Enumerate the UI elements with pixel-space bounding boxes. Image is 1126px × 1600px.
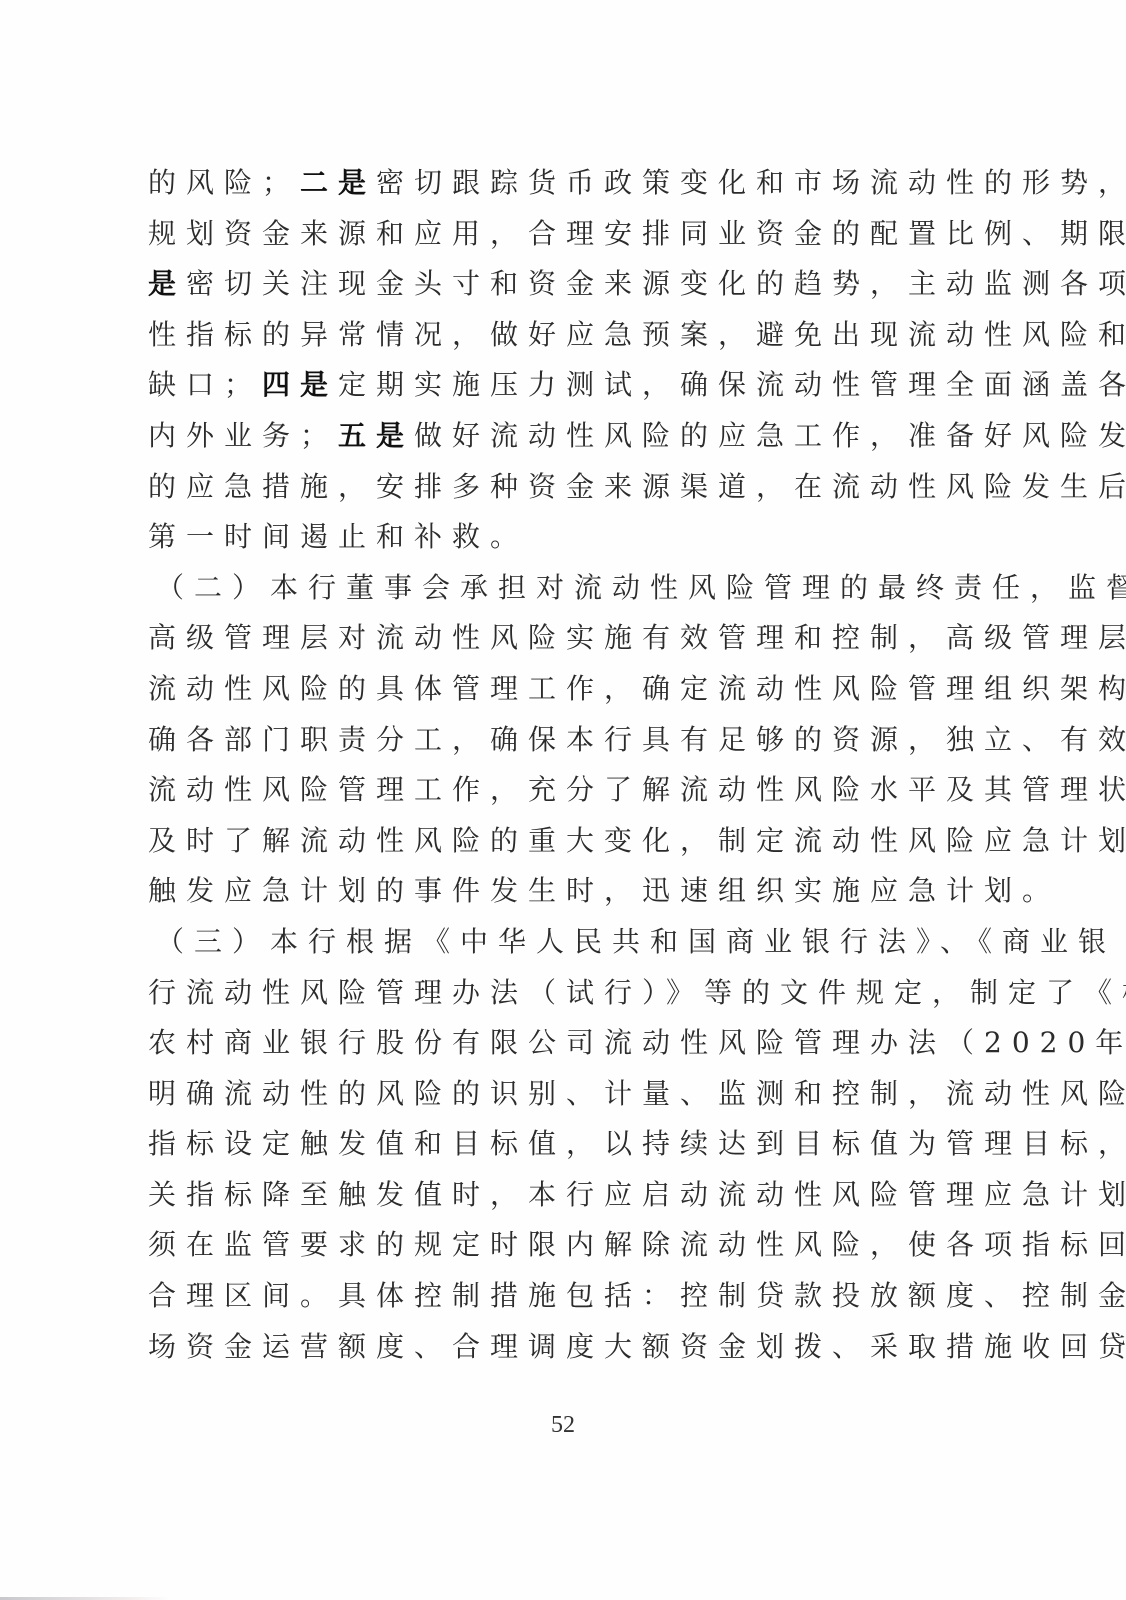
text-line: 及时了解流动性风险的重大变化，制定流动性风险应急计划，在 bbox=[148, 816, 988, 867]
text-segment: （三）本行根据《中华人民共和国商业银行法》、《商业银 bbox=[156, 925, 1116, 958]
emphasis-label: 四是 bbox=[262, 368, 338, 401]
text-line: 农村商业银行股份有限公司流动性风险管理办法（2020年版）》， bbox=[148, 1018, 988, 1069]
text-line: 明确流动性的风险的识别、计量、监测和控制，流动性风险监管 bbox=[148, 1069, 988, 1120]
text-line: 性指标的异常情况，做好应急预案，避免出现流动性风险和支付 bbox=[148, 310, 988, 361]
text-line: 第一时间遏止和补救。 bbox=[148, 512, 988, 563]
text-line: 关指标降至触发值时，本行应启动流动性风险管理应急计划，必 bbox=[148, 1170, 988, 1221]
text-line: 行流动性风险管理办法（试行）》等的文件规定，制定了《梅州 bbox=[148, 968, 988, 1019]
text-line: 的应急措施，安排多种资金来源渠道，在流动性风险发生后能够 bbox=[148, 462, 988, 513]
emphasis-label: 二是 bbox=[300, 166, 376, 199]
text-line: 须在监管要求的规定时限内解除流动性风险，使各项指标回调到 bbox=[148, 1220, 988, 1271]
text-line: 触发应急计划的事件发生时，迅速组织实施应急计划。 bbox=[148, 866, 988, 917]
text-segment: 及时了解流动性风险的重大变化，制定流动性风险应急计划，在 bbox=[148, 824, 1126, 857]
text-segment: 流动性风险管理工作，充分了解流动性风险水平及其管理状况， bbox=[148, 773, 1126, 806]
text-segment: 场资金运营额度、合理调度大额资金划拨、采取措施收回贷款等 bbox=[148, 1330, 1126, 1363]
text-line: 缺口；四是定期实施压力测试，确保流动性管理全面涵盖各类表 bbox=[148, 360, 988, 411]
text-segment: 内外业务； bbox=[148, 419, 338, 452]
text-segment: 密切跟踪货币政策变化和市场流动性的形势，合理 bbox=[376, 166, 1126, 199]
text-line: 内外业务；五是做好流动性风险的应急工作，准备好风险发生后 bbox=[148, 411, 988, 462]
emphasis-label: 是 bbox=[148, 267, 186, 300]
text-line: 高级管理层对流动性风险实施有效管理和控制，高级管理层负责 bbox=[148, 613, 988, 664]
text-segment: 性指标的异常情况，做好应急预案，避免出现流动性风险和支付 bbox=[148, 318, 1126, 351]
text-segment: 须在监管要求的规定时限内解除流动性风险，使各项指标回调到 bbox=[148, 1228, 1126, 1261]
text-segment: 规划资金来源和应用，合理安排同业资金的配置比例、期限； bbox=[148, 217, 1126, 250]
paragraph-first-line: （三）本行根据《中华人民共和国商业银行法》、《商业银 bbox=[148, 917, 988, 968]
text-segment: 关指标降至触发值时，本行应启动流动性风险管理应急计划，必 bbox=[148, 1178, 1126, 1211]
text-line: 合理区间。具体控制措施包括：控制贷款投放额度、控制金融市 bbox=[148, 1271, 988, 1322]
text-segment: 确各部门职责分工，确保本行具有足够的资源，独立、有效开展 bbox=[148, 723, 1126, 756]
text-line: 的风险；二是密切跟踪货币政策变化和市场流动性的形势，合理 bbox=[148, 158, 988, 209]
text-segment: 流动性风险的具体管理工作，确定流动性风险管理组织架构，明 bbox=[148, 672, 1126, 705]
text-segment: 密切关注现金头寸和资金来源变化的趋势，主动监测各项流动 bbox=[186, 267, 1126, 300]
page-number: 52 bbox=[0, 1412, 1126, 1439]
text-segment: 做好流动性风险的应急工作，准备好风险发生后 bbox=[414, 419, 1126, 452]
text-segment: 的风险； bbox=[148, 166, 300, 199]
document-page: 的风险；二是密切跟踪货币政策变化和市场流动性的形势，合理规划资金来源和应用，合理… bbox=[0, 0, 1126, 1600]
text-line: 规划资金来源和应用，合理安排同业资金的配置比例、期限；三 bbox=[148, 209, 988, 260]
text-segment: 合理区间。具体控制措施包括：控制贷款投放额度、控制金融市 bbox=[148, 1279, 1126, 1312]
text-segment: 缺口； bbox=[148, 368, 262, 401]
text-line: 流动性风险的具体管理工作，确定流动性风险管理组织架构，明 bbox=[148, 664, 988, 715]
text-segment: 的应急措施，安排多种资金来源渠道，在流动性风险发生后能够 bbox=[148, 470, 1126, 503]
text-line: 场资金运营额度、合理调度大额资金划拨、采取措施收回贷款等 bbox=[148, 1322, 988, 1373]
text-line: 指标设定触发值和目标值，以持续达到目标值为管理目标，当相 bbox=[148, 1119, 988, 1170]
text-segment: 农村商业银行股份有限公司流动性风险管理办法（2020年版）》， bbox=[148, 1026, 1126, 1059]
text-segment: 第一时间遏止和补救。 bbox=[148, 520, 528, 553]
text-segment: 明确流动性的风险的识别、计量、监测和控制，流动性风险监管 bbox=[148, 1077, 1126, 1110]
text-segment: 行流动性风险管理办法（试行）》等的文件规定，制定了《梅州 bbox=[148, 976, 1126, 1009]
text-segment: 高级管理层对流动性风险实施有效管理和控制，高级管理层负责 bbox=[148, 621, 1126, 654]
text-segment: （二）本行董事会承担对流动性风险管理的最终责任，监督 bbox=[156, 571, 1126, 604]
emphasis-label: 五是 bbox=[338, 419, 414, 452]
text-segment: 触发应急计划的事件发生时，迅速组织实施应急计划。 bbox=[148, 874, 1060, 907]
text-segment: 定期实施压力测试，确保流动性管理全面涵盖各类表 bbox=[338, 368, 1126, 401]
body-text: 的风险；二是密切跟踪货币政策变化和市场流动性的形势，合理规划资金来源和应用，合理… bbox=[148, 158, 988, 1372]
text-segment: 指标设定触发值和目标值，以持续达到目标值为管理目标，当相 bbox=[148, 1127, 1126, 1160]
paragraph-first-line: （二）本行董事会承担对流动性风险管理的最终责任，监督 bbox=[148, 563, 988, 614]
text-line: 确各部门职责分工，确保本行具有足够的资源，独立、有效开展 bbox=[148, 715, 988, 766]
text-line: 是密切关注现金头寸和资金来源变化的趋势，主动监测各项流动 bbox=[148, 259, 988, 310]
text-line: 流动性风险管理工作，充分了解流动性风险水平及其管理状况， bbox=[148, 765, 988, 816]
